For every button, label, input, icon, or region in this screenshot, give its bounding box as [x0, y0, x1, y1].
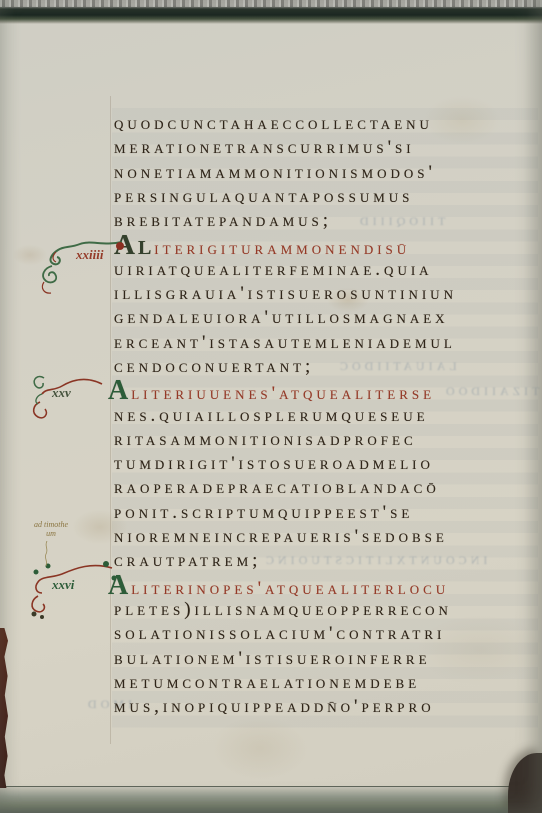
manuscript-line: Aliteriuuenes'atquealiterse: [114, 379, 538, 403]
manuscript-line: Aliterigiturammonendisū: [114, 233, 538, 257]
manuscript-line: tumdirigit'istosueroadmelio: [114, 452, 538, 476]
text-segment: solationissolacium'contratri: [114, 623, 445, 644]
manuscript-line: nioremneincrepaueris'sedobse: [114, 525, 538, 549]
flourish-stroke: [32, 596, 44, 612]
manuscript-line: persingulaquantapossumus: [114, 185, 538, 209]
flourish-leaf: [112, 576, 117, 581]
text-segment: nes.quiaillosplerumqueseue: [114, 405, 429, 426]
text-segment: literiuuenes'atquealiterse: [131, 383, 435, 404]
text-segment: merationetranscurrimus'si: [114, 137, 415, 158]
manuscript-line: uiriatquealiterfeminae.quia: [114, 258, 538, 282]
manuscript-line: quodcunctahaeccollectaenu: [114, 112, 538, 136]
chapter-numeral-xxiiii-flourish: xxiiii: [34, 232, 126, 296]
text-segment: illisgrauia'istisuerosuntiniun: [114, 283, 457, 304]
text-segment: brebitatepandamus;: [114, 210, 332, 231]
text-segment: literinopes'atquealiterlocu: [131, 578, 449, 599]
chapter-numeral-label: xxvi: [51, 577, 75, 592]
text-segment: pletes)illisnamqueopperrecon: [114, 599, 452, 620]
chapter-numeral-xxv-flourish: xxv: [30, 372, 106, 424]
text-segment: mus,inopiquippeaddn̄o'perpro: [114, 696, 435, 717]
chapter-numeral-label: xxiiii: [75, 247, 104, 262]
manuscript-line: nonetiamammonitionismodos': [114, 161, 538, 185]
gloss-line: ad timothe: [14, 520, 88, 529]
text-segment: persingulaquantapossumus: [114, 186, 413, 207]
manuscript-line: pletes)illisnamqueopperrecon: [114, 598, 538, 622]
marginal-gloss: ad timothe um: [14, 520, 88, 538]
text-segment: quodcunctahaeccollectaenu: [114, 113, 433, 134]
gloss-flourish: [42, 541, 52, 567]
text-segment: metumcontraelationemdebe: [114, 672, 420, 693]
text-segment: tumdirigit'istosueroadmelio: [114, 453, 434, 474]
manuscript-line: mus,inopiquippeaddn̄o'perpro: [114, 695, 538, 719]
manuscript-line: ritasammonitionisadprofec: [114, 428, 538, 452]
binding-edge-left: [0, 628, 8, 788]
text-segment: cendoconuertant;: [114, 356, 314, 377]
text-segment: nioremneincrepaueris'sedobse: [114, 526, 448, 547]
text-segment: iterigiturammonendisū: [154, 238, 410, 259]
manuscript-line: illisgrauia'istisuerosuntiniun: [114, 282, 538, 306]
flourish-stroke: [45, 541, 47, 566]
manuscript-line: ponit.scriptumquippeest'se: [114, 501, 538, 525]
flourish-stroke: [34, 402, 47, 418]
text-segment: ritasammonitionisadprofec: [114, 429, 417, 450]
text-segment: nonetiamammonitionismodos': [114, 162, 436, 183]
illuminated-initial: A: [108, 375, 131, 406]
text-segment: crautpatrem;: [114, 550, 261, 571]
flourish-stroke: [43, 266, 56, 282]
text-segment: uiriatquealiterfeminae.quia: [114, 259, 433, 280]
flourish-leaf: [32, 612, 37, 617]
flourish-leaf: [103, 561, 109, 567]
manuscript-line: bulationem'istisueroinferre: [114, 647, 538, 671]
text-segment: raoperadepraecatioblandacō: [114, 477, 440, 498]
text-segment: bulationem'istisueroinferre: [114, 648, 431, 669]
manuscript-page-photo: tiioqiiidlaiuatiidoctizaiidooincountxlit…: [0, 0, 542, 813]
flourish-stroke: [42, 282, 51, 293]
manuscript-line: erceant'istasautemleniademul: [114, 331, 538, 355]
rubric-dot: [116, 242, 124, 250]
chapter-numeral-xxvi-flourish: xxvi: [26, 556, 118, 620]
book-edge-top: [0, 0, 542, 24]
manuscript-line: cendoconuertant;: [114, 355, 538, 379]
manuscript-line: brebitatepandamus;: [114, 209, 538, 233]
manuscript-line: crautpatrem;: [114, 549, 538, 573]
manuscript-line: solationissolacium'contratri: [114, 622, 538, 646]
text-segment: gendaleuiora'utillosmagnaex: [114, 307, 449, 328]
chapter-numeral-label: xxv: [51, 385, 71, 400]
gloss-line: um: [14, 529, 88, 538]
text-segment: erceant'istasautemleniademul: [114, 332, 456, 353]
text-segment: ponit.scriptumquippeest'se: [114, 502, 413, 523]
page-corner-shadow: [508, 753, 542, 813]
manuscript-line: gendaleuiora'utillosmagnaex: [114, 306, 538, 330]
manuscript-line: metumcontraelationemdebe: [114, 671, 538, 695]
manuscript-line: nes.quiaillosplerumqueseue: [114, 404, 538, 428]
book-edge-bottom: [0, 786, 542, 813]
flourish-stroke: [42, 380, 102, 394]
ruling-line-vertical: [110, 96, 111, 744]
flourish-leaf: [40, 615, 44, 619]
manuscript-line: raoperadepraecatioblandacō: [114, 476, 538, 500]
manuscript-line: Aliterinopes'atquealiterlocu: [114, 574, 538, 598]
text-block: quodcunctahaeccollectaenumerationetransc…: [114, 112, 538, 719]
manuscript-line: merationetranscurrimus'si: [114, 136, 538, 160]
flourish-leaf: [34, 570, 39, 575]
flourish-stroke: [34, 377, 44, 388]
